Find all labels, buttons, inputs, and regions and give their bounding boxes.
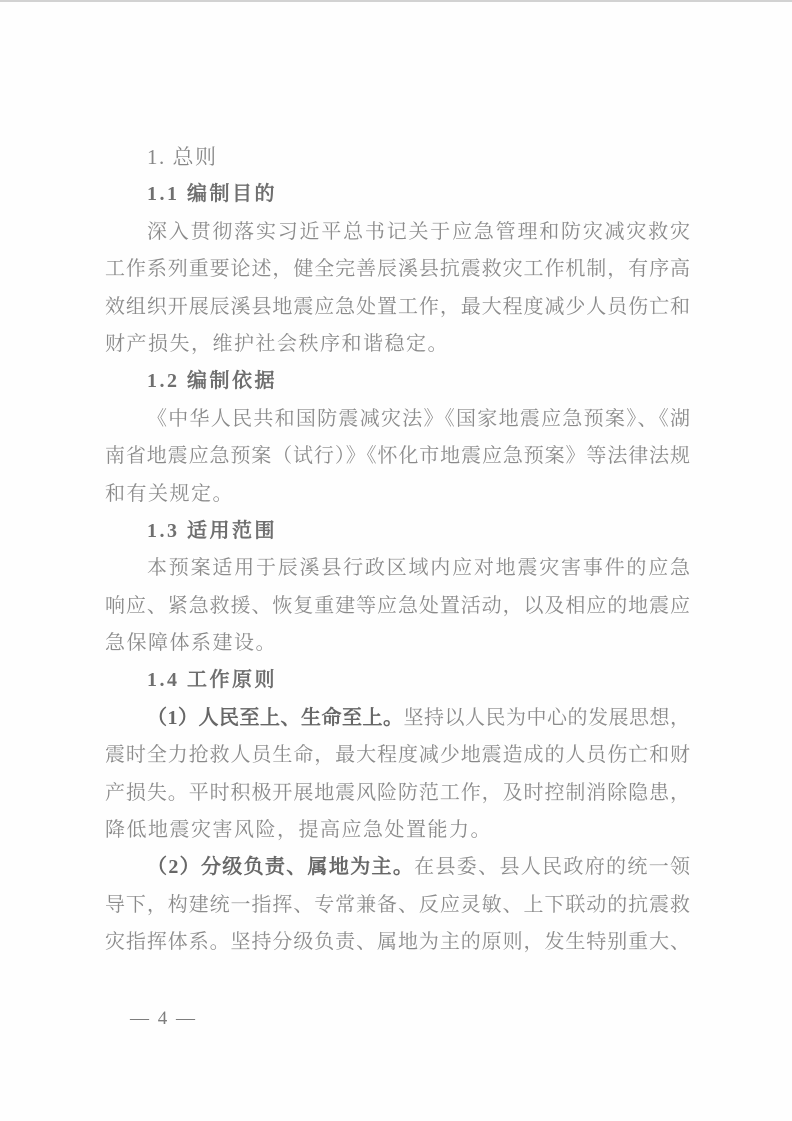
text-line: 本预案适用于辰溪县行政区域内应对地震灾害事件的应急	[105, 550, 690, 587]
text-line: 南省地震应急预案（试行）》《怀化市地震应急预案》等法律法规	[105, 438, 690, 475]
document-content: 1. 总则1.1 编制目的深入贯彻落实习近平总书记关于应急管理和防灾减灾救灾工作…	[105, 139, 690, 962]
text-line: 降低地震灾害风险，提高应急处置能力。	[105, 812, 690, 849]
body-text: 响应、紧急救援、恢复重建等应急处置活动，以及相应的地震应	[105, 595, 690, 617]
body-text: 南省地震应急预案（试行）》《怀化市地震应急预案》等法律法规	[105, 445, 690, 467]
body-text: 降低地震灾害风险，提高应急处置能力。	[105, 819, 492, 841]
body-text: 导下，构建统一指挥、专常兼备、反应灵敏、上下联动的抗震救	[105, 894, 690, 916]
body-text: 坚持以人民为中心的发展思想，	[404, 707, 691, 729]
body-text: 产损失。平时积极开展地震风险防范工作，及时控制消除隐患，	[105, 782, 690, 804]
section-heading: 1. 总则	[105, 139, 690, 176]
subsection-heading: 1.2 编制依据	[105, 363, 690, 400]
body-text: 灾指挥体系。坚持分级负责、属地为主的原则，发生特别重大、	[105, 931, 690, 953]
bold-lead-in-text: （2）分级负责、属地为主。	[147, 856, 414, 878]
subsection-heading: 1.3 适用范围	[105, 513, 690, 550]
text-line: 震时全力抢救人员生命，最大程度减少地震造成的人员伤亡和财	[105, 737, 690, 774]
text-line: 财产损失，维护社会秩序和谐稳定。	[105, 326, 690, 363]
body-text: 在县委、县人民政府的统一领	[414, 856, 690, 878]
text-line: 响应、紧急救援、恢复重建等应急处置活动，以及相应的地震应	[105, 588, 690, 625]
subsection-heading: 1.4 工作原则	[105, 662, 690, 699]
body-text: 《中华人民共和国防震减灾法》《国家地震应急预案》、《湖	[147, 408, 690, 430]
body-text: 震时全力抢救人员生命，最大程度减少地震造成的人员伤亡和财	[105, 744, 690, 766]
text-line: （1）人民至上、生命至上。坚持以人民为中心的发展思想，	[105, 700, 690, 737]
body-text: 工作系列重要论述，健全完善辰溪县抗震救灾工作机制，有序高	[105, 258, 690, 280]
page-number: — 4 —	[130, 1006, 197, 1032]
subsection-heading: 1.1 编制目的	[105, 176, 690, 213]
body-text: 财产损失，维护社会秩序和谐稳定。	[105, 333, 449, 355]
text-line: 《中华人民共和国防震减灾法》《国家地震应急预案》、《湖	[105, 401, 690, 438]
text-line: 产损失。平时积极开展地震风险防范工作，及时控制消除隐患，	[105, 775, 690, 812]
body-text: 和有关规定。	[105, 483, 234, 505]
body-text: 本预案适用于辰溪县行政区域内应对地震灾害事件的应急	[147, 557, 690, 579]
text-line: 急保障体系建设。	[105, 625, 690, 662]
text-line: （2）分级负责、属地为主。在县委、县人民政府的统一领	[105, 849, 690, 886]
text-line: 深入贯彻落实习近平总书记关于应急管理和防灾减灾救灾	[105, 214, 690, 251]
text-line: 导下，构建统一指挥、专常兼备、反应灵敏、上下联动的抗震救	[105, 887, 690, 924]
text-line: 灾指挥体系。坚持分级负责、属地为主的原则，发生特别重大、	[105, 924, 690, 961]
body-text: 效组织开展辰溪县地震应急处置工作，最大程度减少人员伤亡和	[105, 296, 690, 318]
scan-edge-artifact	[0, 0, 792, 2]
bold-lead-in-text: （1）人民至上、生命至上。	[147, 707, 404, 729]
text-line: 效组织开展辰溪县地震应急处置工作，最大程度减少人员伤亡和	[105, 289, 690, 326]
text-line: 工作系列重要论述，健全完善辰溪县抗震救灾工作机制，有序高	[105, 251, 690, 288]
document-page: 1. 总则1.1 编制目的深入贯彻落实习近平总书记关于应急管理和防灾减灾救灾工作…	[0, 0, 792, 1121]
body-text: 深入贯彻落实习近平总书记关于应急管理和防灾减灾救灾	[147, 221, 690, 243]
body-text: 急保障体系建设。	[105, 632, 277, 654]
text-line: 和有关规定。	[105, 476, 690, 513]
